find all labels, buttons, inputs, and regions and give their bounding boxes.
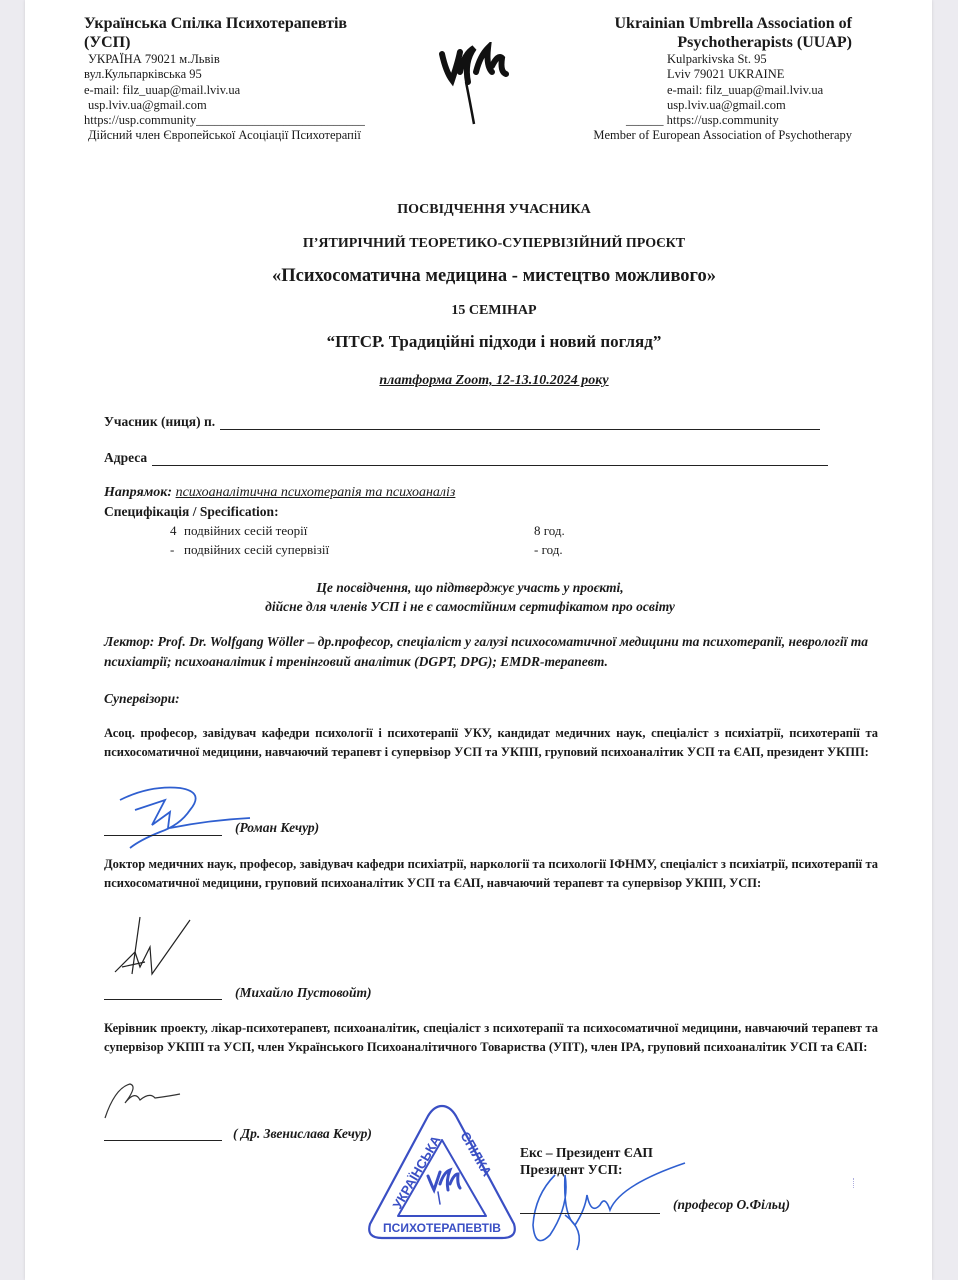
address-field: Адреса — [104, 450, 828, 466]
ink-mark — [853, 1178, 860, 1188]
direction-value: психоаналітична психотерапія та психоана… — [176, 485, 456, 500]
specification-label: Специфікація / Specification: — [104, 504, 279, 520]
org-name-en: Ukrainian Umbrella Association of — [560, 14, 852, 33]
participant-field: Учасник (ниця) п. — [104, 414, 820, 430]
signature-line — [104, 1139, 222, 1141]
direction-label: Напрямок — [104, 485, 167, 500]
signature-filts — [525, 1155, 695, 1255]
project-type: П’ЯТИРІЧНИЙ ТЕОРЕТИКО-СУПЕРВІЗІЙНИЙ ПРОЄ… — [90, 236, 898, 252]
supervisor-2-name: (Михайло Пустовойт) — [235, 985, 372, 1001]
address-line1-ua: УКРАЇНА 79021 м.Львів — [84, 52, 424, 67]
address-line1-en: Kulparkivska St. 95 — [560, 52, 852, 67]
direction: Напрямок: психоаналітична психотерапія т… — [104, 485, 455, 501]
email2-ua: usp.lviv.ua@gmail.com — [84, 98, 424, 113]
supervisor-1-description: Асоц. професор, завідувач кафедри психол… — [104, 724, 878, 762]
address-line2-ua: вул.Кульпарківська 95 — [84, 67, 424, 82]
membership-en: Member of European Association of Psycho… — [560, 128, 852, 143]
signature-pustovoit — [110, 912, 200, 982]
address-blank-line — [152, 453, 828, 466]
svg-text:СПІЛКА: СПІЛКА — [457, 1129, 495, 1179]
validity-note-line1: Це посвідчення, що підтверджує участь у … — [90, 578, 850, 597]
project-name: «Психосоматична медицина - мистецтво мож… — [90, 266, 898, 287]
signature-line — [520, 1212, 660, 1214]
svg-text:ПСИХОТЕРАПЕВТІВ: ПСИХОТЕРАПЕВТІВ — [383, 1221, 501, 1235]
spec-hours: 8 год. — [534, 523, 565, 539]
supervisor-2-description: Доктор медичних наук, професор, завідува… — [104, 855, 878, 893]
supervisor-3-name: ( Др. Звенислава Кечур) — [233, 1126, 372, 1142]
spec-count: 4 — [170, 523, 177, 539]
org-abbr-ua: (УСП) — [84, 33, 424, 52]
participant-label: Учасник (ниця) п. — [104, 414, 215, 430]
email1-ua: e-mail: filz_uuap@mail.lviv.ua — [84, 83, 424, 98]
email2-en: usp.lviv.ua@gmail.com — [560, 98, 852, 113]
document-type-title: ПОСВІДЧЕННЯ УЧАСНИКА — [90, 202, 898, 218]
spec-count: - — [170, 542, 174, 558]
participant-blank-line — [220, 417, 820, 430]
website-ua: https://usp.community___________________… — [84, 113, 424, 128]
signature-kechur-z — [100, 1078, 190, 1123]
address-line2-en: Lviv 79021 UKRAINE — [560, 67, 852, 82]
website-en: ______ https://usp.community — [560, 113, 852, 128]
signature-line — [104, 834, 222, 836]
usp-logo-icon — [430, 42, 530, 132]
header-right: Ukrainian Umbrella Association of Psycho… — [560, 14, 852, 144]
seminar-number: 15 СЕМІНАР — [90, 303, 898, 319]
signature-line — [104, 998, 222, 1000]
email1-en: e-mail: filz_uuap@mail.lviv.ua — [560, 83, 852, 98]
usp-stamp-icon: УКРАЇНСЬКА СПІЛКА ПСИХОТЕРАПЕВТІВ — [362, 1100, 522, 1250]
supervisor-3-description: Керівник проекту, лікар-психотерапевт, п… — [104, 1019, 878, 1057]
membership-ua: Дійсний член Європейської Асоціації Псих… — [84, 128, 424, 143]
header-left: Українська Спілка Психотерапевтів (УСП) … — [84, 14, 424, 144]
spec-hours: - год. — [534, 542, 563, 558]
validity-note-line2: дійсне для членів УСП і не є самостійним… — [90, 597, 850, 616]
org-name-ua: Українська Спілка Психотерапевтів — [84, 14, 424, 33]
platform-date: платформа Zoom, 12-13.10.2024 року — [90, 373, 898, 389]
org-abbr-en: Psychotherapists (UUAP) — [560, 33, 852, 52]
spec-description: подвійних сесій теорії — [184, 523, 307, 539]
supervisor-1-name: (Роман Кечур) — [235, 820, 319, 836]
supervisors-heading: Супервізори: — [104, 691, 180, 707]
spec-description: подвійних сесій супервізії — [184, 542, 329, 558]
seminar-title: “ПТСР. Традиційні підходи і новий погляд… — [90, 332, 898, 352]
address-label: Адреса — [104, 450, 147, 466]
president-name: (професор О.Фільц) — [673, 1197, 790, 1213]
validity-note: Це посвідчення, що підтверджує участь у … — [90, 578, 850, 616]
lecturer-info: Лектор: Prof. Dr. Wolfgang Wöller – др.п… — [104, 632, 894, 671]
signature-kechur-r — [110, 780, 260, 850]
